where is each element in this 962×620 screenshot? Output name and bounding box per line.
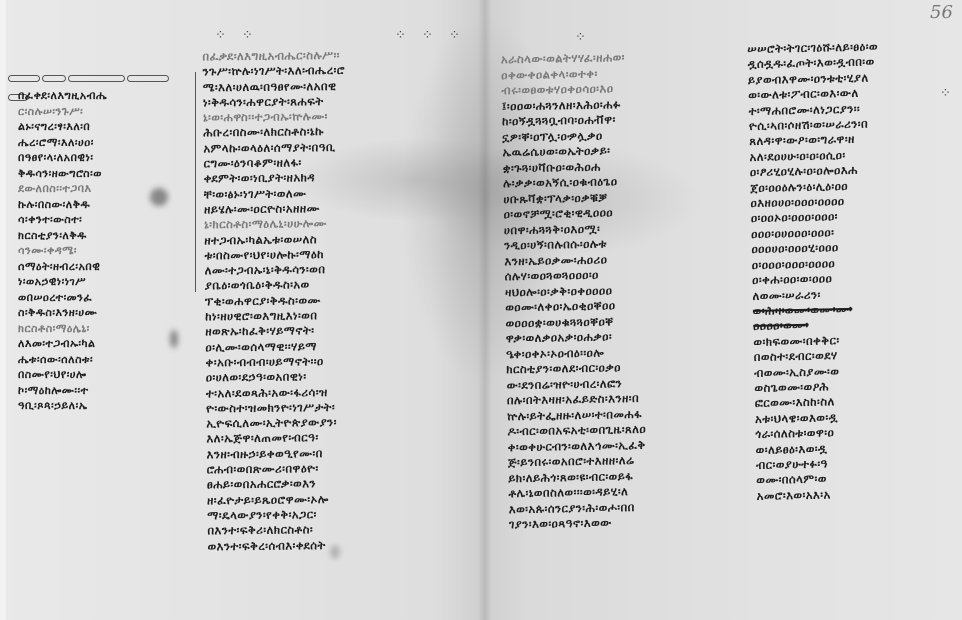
manuscript-line: ነ፡ወአኃዊነ፡ነገሥ [18,274,190,290]
marginal-dots: ⁘ ⁘ ⁘ [395,28,466,43]
marginal-dots: ⁘ [940,86,957,101]
manuscript-line: ክርስቲያን፡ለቅዱ [18,228,190,244]
manuscript-line: ወእንተ፡ፍቅረ፡ሰብእ፡ቀደሰት [207,536,462,554]
folio-number: 56 [930,2,953,23]
text-column-3: አራስላው፡ወልትሃሃፈ፡ዘሐወ፡ዐቀውቀዐልቀላ፡ወተቀ፡ብሩ፡ወፀወቱሃዐቀ… [501,48,764,533]
manuscript-line: ለእመ፡ተጋብኡ፡ካል [18,336,190,352]
text-column-1: በፈቀደ፡ለእግዚአብሔር፡ስሉሠ፡ንጉሥ፡ልኑ፡ናግረ፡ፃ፡እለ፡በሔረ፡ሮማ… [18,88,190,414]
manuscript-line: ር፡ስሉሠ፡ንጉሥ፡ [18,104,190,120]
manuscript-line: ዓቢ፡ጾጳ፡ኃይለ፡ኤ [18,398,190,414]
manuscript-line: በፈቀደ፡ለእግዚአብሔ [18,88,190,104]
manuscript-line: ወበሠዐረተ፡መንፈ [18,290,190,306]
manuscript-line: ሳንሙ፡ቀዳሜ፡ [18,243,190,259]
manuscript-line: ክርስቶስ፡ማዕሌኒ፡ [18,321,190,337]
manuscript-line: ስ፡ቅዱስ፡እንዘ፡ሀሙ [18,305,190,321]
manuscript-line: ሰማዕት፡ዘብረ፡አበዊ [18,259,190,275]
manuscript-line: ኮ፡ማዕከሎሙ፡፡ተ [18,383,190,399]
binding-gutter [478,0,492,620]
text-column-4: ሠሠሮት፡ትገር፡ገዕሹ፡ለይ፡ፀዕ፡ወዷሰዷዱ፡ፈጦት፡እወ፡ዷብበ፡ወይያወ… [747,38,942,504]
manuscript-line: ሔቱ፡ሰው፡ሰለስቱ፡ [18,352,190,368]
manuscript-line: ቅዱሳን፡ዘውግሮስ፡ወ [18,166,190,182]
column-ruling-line [195,72,196,292]
manuscript-line: ሔረ፡ሮማ፡እለ፡ሀዐ፡ [18,135,190,151]
manuscript-line: በዓፀየ፡ላ፡ለአበዊነ፡ [18,150,190,166]
manuscript-line: ልኑ፡ናግረ፡ፃ፡እለ፡በ [18,119,190,135]
manuscript-line: ኩሉ፡በስው፡ለቅዱ [18,197,190,213]
manuscript-line: ደውለበስ፡፡ተጋባእ [18,181,190,197]
marginal-dots: ⁘ ⁘ [215,28,259,43]
decorative-harag-band [8,68,188,80]
manuscript-line: በስሙየ፡ህየ፡ሀሎ [18,367,190,383]
page-edge [0,0,6,620]
text-column-2: በፈቃደ፡ለእግዚአብሔር፡ስሉሥ፡፡ንጉሥ፡ኵሉ፡ነገሥት፡እለ፡ብሔረ፡ሮሜ… [202,47,462,554]
marginal-dots: ⁘ [575,30,592,45]
manuscript-line: ሳ፡ቀንተ፡ውስተ፡ [18,212,190,228]
